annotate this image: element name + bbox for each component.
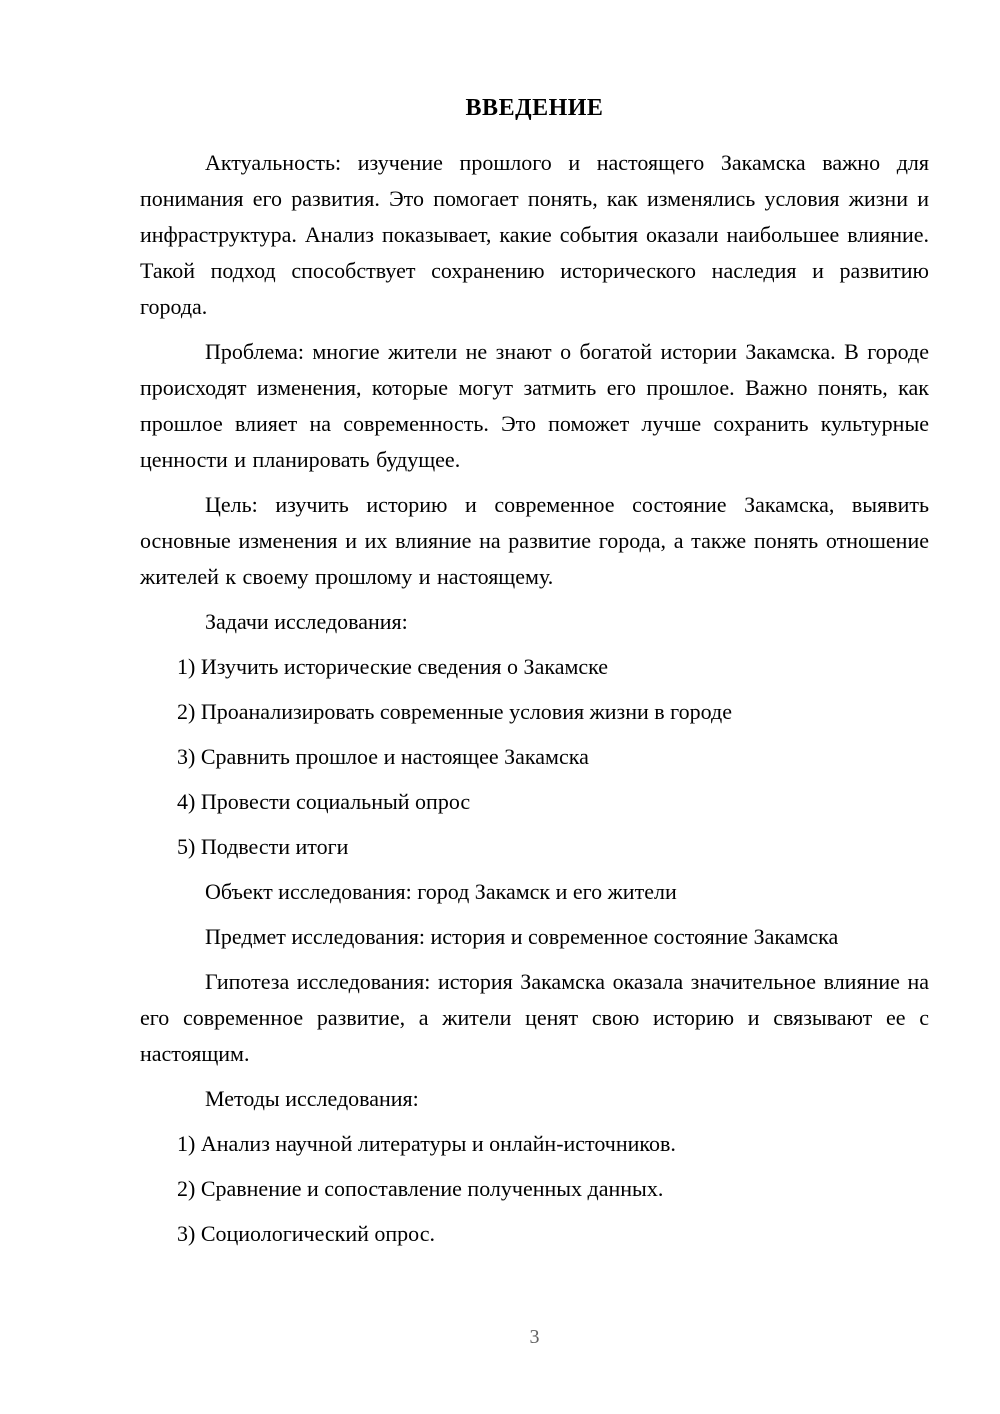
tasks-list: 1) Изучить исторические сведения о Закам… — [140, 649, 929, 865]
research-object-line: Объект исследования: город Закамск и его… — [140, 874, 929, 910]
research-subject-line: Предмет исследования: история и современ… — [140, 919, 929, 955]
tasks-heading: Задачи исследования: — [140, 604, 929, 640]
task-item-2: 2) Проанализировать современные условия … — [177, 694, 929, 730]
methods-heading: Методы исследования: — [140, 1081, 929, 1117]
method-item-1: 1) Анализ научной литературы и онлайн-ис… — [177, 1126, 929, 1162]
method-item-3: 3) Социологический опрос. — [177, 1216, 929, 1252]
method-item-2: 2) Сравнение и сопоставление полученных … — [177, 1171, 929, 1207]
paragraph-hypothesis: Гипотеза исследования: история Закамска … — [140, 964, 929, 1072]
page-title: ВВЕДЕНИЕ — [140, 90, 929, 126]
document-page: ВВЕДЕНИЕ Актуальность: изучение прошлого… — [0, 0, 1000, 1414]
task-item-1: 1) Изучить исторические сведения о Закам… — [177, 649, 929, 685]
methods-list: 1) Анализ научной литературы и онлайн-ис… — [140, 1126, 929, 1252]
paragraph-actuality: Актуальность: изучение прошлого и настоя… — [140, 145, 929, 325]
task-item-5: 5) Подвести итоги — [177, 829, 929, 865]
paragraph-problem: Проблема: многие жители не знают о богат… — [140, 334, 929, 478]
paragraph-goal: Цель: изучить историю и современное сост… — [140, 487, 929, 595]
page-content: ВВЕДЕНИЕ Актуальность: изучение прошлого… — [140, 90, 929, 1261]
page-number: 3 — [140, 1322, 929, 1352]
task-item-4: 4) Провести социальный опрос — [177, 784, 929, 820]
task-item-3: 3) Сравнить прошлое и настоящее Закамска — [177, 739, 929, 775]
